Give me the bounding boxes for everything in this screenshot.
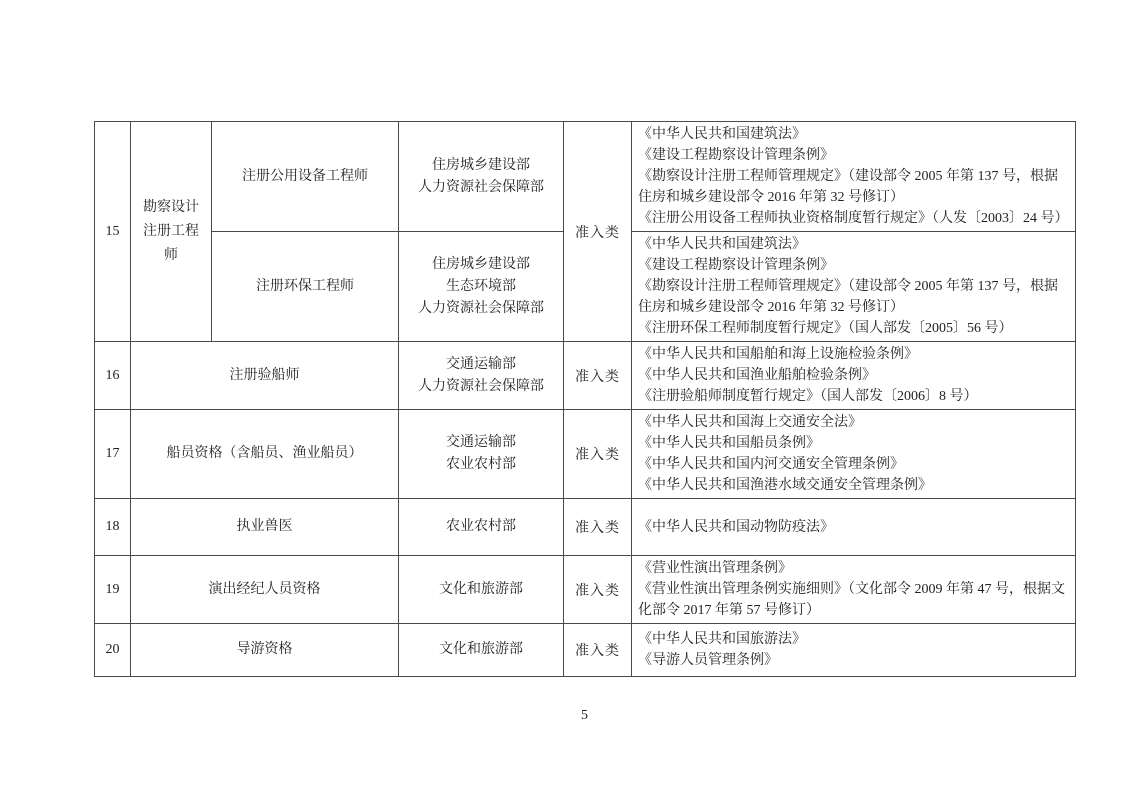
table-row-19: 19 演出经纪人员资格 文化和旅游部 准入类 《营业性演出管理条例》 《营业性演… bbox=[95, 556, 1076, 624]
legal-basis-cell: 《中华人民共和国建筑法》 《建设工程勘察设计管理条例》 《勘察设计注册工程师管理… bbox=[632, 122, 1076, 232]
category-cell: 准入类 bbox=[564, 122, 632, 342]
legal-basis-cell: 《营业性演出管理条例》 《营业性演出管理条例实施细则》（文化部令 2009 年第… bbox=[632, 556, 1076, 624]
page-number: 5 bbox=[94, 708, 1075, 724]
legal-basis-cell: 《中华人民共和国动物防疫法》 bbox=[632, 499, 1076, 556]
row-number-cell: 17 bbox=[95, 410, 131, 499]
legal-basis-cell: 《中华人民共和国船舶和海上设施检验条例》 《中华人民共和国渔业船舶检验条例》 《… bbox=[632, 342, 1076, 410]
department-cell: 交通运输部 农业农村部 bbox=[399, 410, 564, 499]
department-cell: 住房城乡建设部 人力资源社会保障部 bbox=[399, 122, 564, 232]
row-number-cell: 20 bbox=[95, 624, 131, 677]
department-cell: 文化和旅游部 bbox=[399, 624, 564, 677]
table-row-16: 16 注册验船师 交通运输部 人力资源社会保障部 准入类 《中华人民共和国船舶和… bbox=[95, 342, 1076, 410]
qualification-name-cell: 演出经纪人员资格 bbox=[131, 556, 399, 624]
category-cell: 准入类 bbox=[564, 624, 632, 677]
category-cell: 准入类 bbox=[564, 556, 632, 624]
table-row-20: 20 导游资格 文化和旅游部 准入类 《中华人民共和国旅游法》 《导游人员管理条… bbox=[95, 624, 1076, 677]
category-cell: 准入类 bbox=[564, 410, 632, 499]
row-number-cell: 19 bbox=[95, 556, 131, 624]
table-row-18: 18 执业兽医 农业农村部 准入类 《中华人民共和国动物防疫法》 bbox=[95, 499, 1076, 556]
legal-basis-cell: 《中华人民共和国海上交通安全法》 《中华人民共和国船员条例》 《中华人民共和国内… bbox=[632, 410, 1076, 499]
row-number-cell: 16 bbox=[95, 342, 131, 410]
category-cell: 准入类 bbox=[564, 499, 632, 556]
qualification-name-cell: 导游资格 bbox=[131, 624, 399, 677]
legal-basis-cell: 《中华人民共和国旅游法》 《导游人员管理条例》 bbox=[632, 624, 1076, 677]
qualification-name-cell: 执业兽医 bbox=[131, 499, 399, 556]
qualification-table: 15 勘察设计注册工程师 注册公用设备工程师 住房城乡建设部 人力资源社会保障部… bbox=[94, 121, 1076, 677]
qualification-name-cell: 船员资格（含船员、渔业船员） bbox=[131, 410, 399, 499]
department-cell: 文化和旅游部 bbox=[399, 556, 564, 624]
sub-qualification-cell: 注册公用设备工程师 bbox=[212, 122, 399, 232]
department-cell: 住房城乡建设部 生态环境部 人力资源社会保障部 bbox=[399, 232, 564, 342]
table-row-17: 17 船员资格（含船员、渔业船员） 交通运输部 农业农村部 准入类 《中华人民共… bbox=[95, 410, 1076, 499]
qualification-name-cell: 勘察设计注册工程师 bbox=[131, 122, 212, 342]
legal-basis-cell: 《中华人民共和国建筑法》 《建设工程勘察设计管理条例》 《勘察设计注册工程师管理… bbox=[632, 232, 1076, 342]
sub-qualification-cell: 注册环保工程师 bbox=[212, 232, 399, 342]
department-cell: 农业农村部 bbox=[399, 499, 564, 556]
row-number-cell: 15 bbox=[95, 122, 131, 342]
department-cell: 交通运输部 人力资源社会保障部 bbox=[399, 342, 564, 410]
table-row-15a: 15 勘察设计注册工程师 注册公用设备工程师 住房城乡建设部 人力资源社会保障部… bbox=[95, 122, 1076, 232]
row-number-cell: 18 bbox=[95, 499, 131, 556]
qualification-name-cell: 注册验船师 bbox=[131, 342, 399, 410]
document-page: 15 勘察设计注册工程师 注册公用设备工程师 住房城乡建设部 人力资源社会保障部… bbox=[0, 0, 1122, 793]
category-cell: 准入类 bbox=[564, 342, 632, 410]
